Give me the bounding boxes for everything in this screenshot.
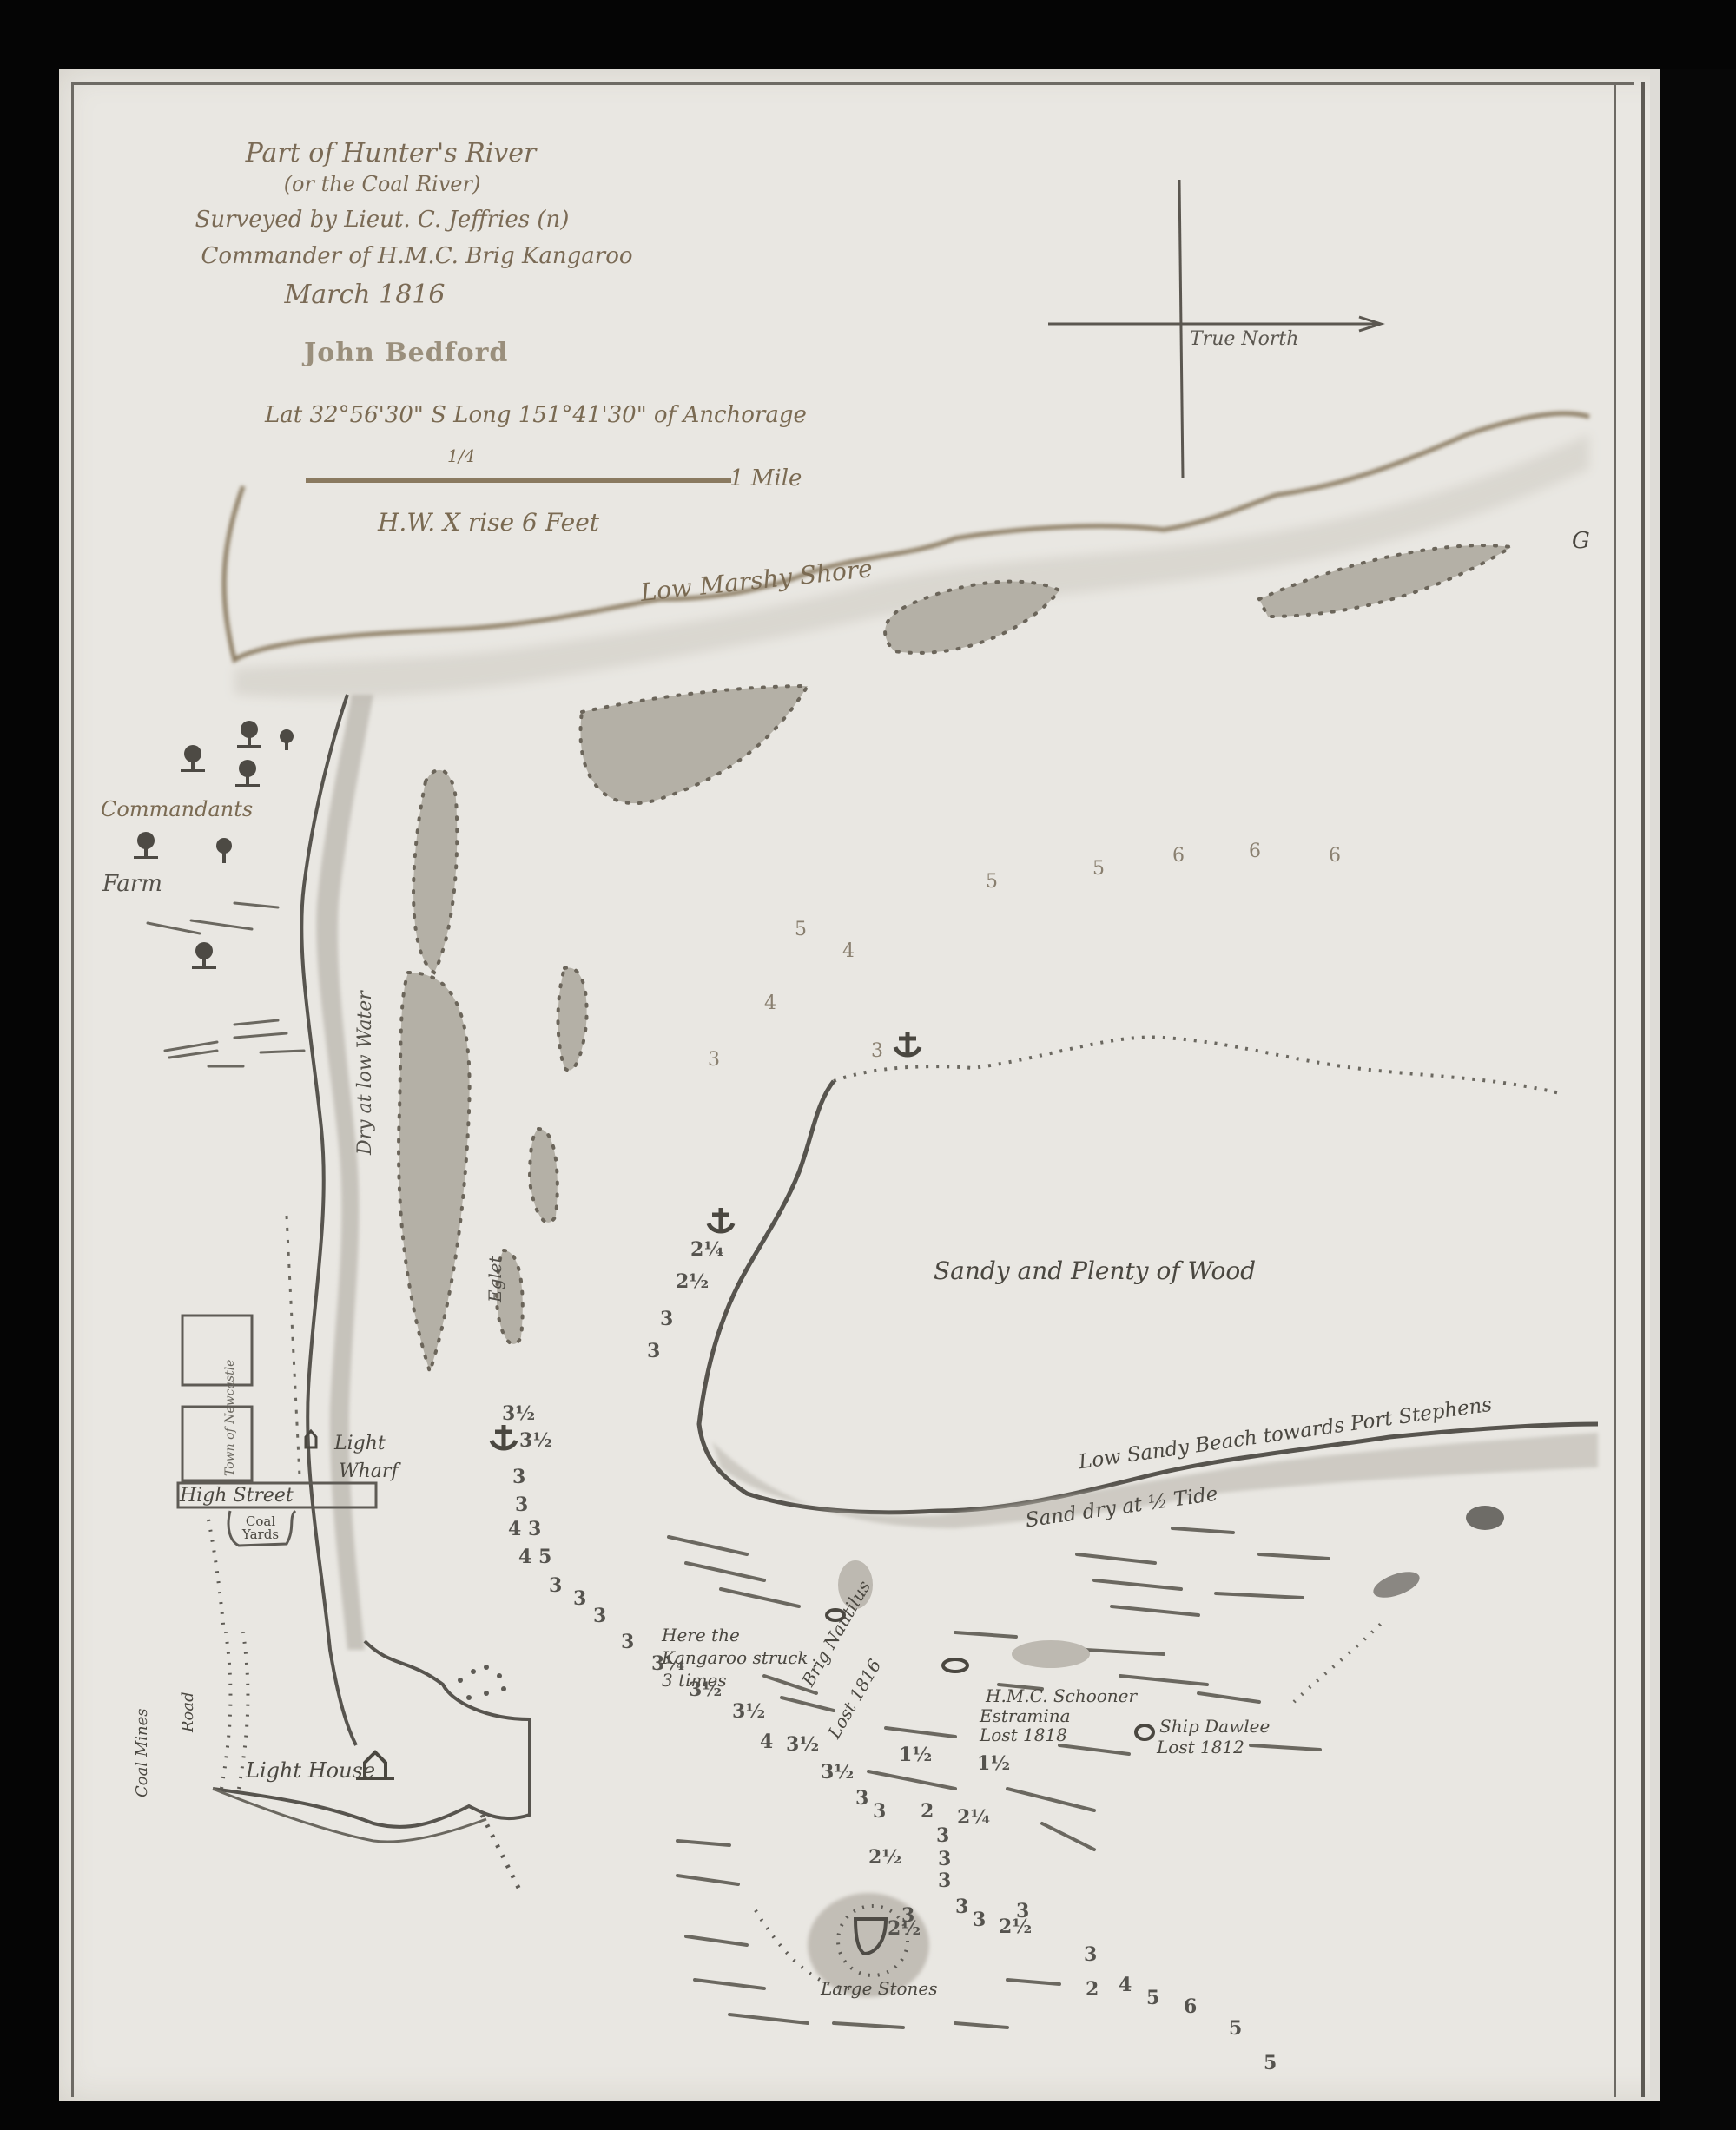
title-line-5: March 1816 [243, 282, 486, 308]
depth-sounding: 3 [938, 1850, 951, 1869]
depth-sounding: 3 [1084, 1945, 1097, 1964]
depth-sounding: 3½ [689, 1680, 722, 1699]
town-block-label: Town of Newcastle [224, 1360, 236, 1476]
coordinates-text: Lat 32°56'30" S Long 151°41'30" of Ancho… [265, 404, 807, 426]
schooner-label: H.M.C. Schooner [986, 1687, 1137, 1705]
depth-sounding: 3 [973, 1910, 986, 1929]
depth-sounding: 4 [760, 1732, 773, 1751]
depth-sounding: 3 [855, 1789, 868, 1808]
depth-sounding: 1½ [899, 1745, 932, 1764]
depth-sounding: 2½ [868, 1848, 901, 1867]
edge-mark-label: G [1572, 530, 1590, 552]
depth-sounding: 3 [708, 1051, 720, 1070]
sandy-wood-label: Sandy and Plenty of Wood [934, 1259, 1256, 1283]
ship-dawlee-lost-label: Lost 1812 [1157, 1738, 1244, 1756]
depth-sounding: 2 [921, 1802, 934, 1821]
depth-sounding: 3½ [821, 1763, 854, 1782]
wharf-label: Wharf [339, 1462, 399, 1481]
depth-sounding: 4 [842, 942, 855, 961]
eglet-label: Eglet [486, 1256, 504, 1302]
depth-sounding: 4 [764, 994, 776, 1013]
scale-bar [306, 478, 731, 483]
depth-sounding: 2¼ [957, 1808, 990, 1827]
tree-icons [134, 721, 294, 969]
depth-sounding: 3 [660, 1309, 673, 1329]
depth-sounding: 3 [873, 1802, 886, 1821]
scale-fraction: 1/4 [447, 447, 475, 465]
dry-at-low-water-label: Dry at low Water [356, 991, 375, 1155]
depth-sounding: 2¼ [690, 1240, 723, 1259]
high-street-label: High Street [180, 1487, 294, 1506]
title-line-1: Part of Hunter's River [208, 141, 573, 167]
depth-sounding: 3 [515, 1495, 528, 1514]
depth-sounding: 5 [1264, 2054, 1277, 2073]
depth-sounding: 5 [1146, 1988, 1159, 2008]
depth-sounding: 3 [936, 1826, 949, 1845]
road-label: Road [181, 1691, 196, 1732]
signature: John Bedford [304, 340, 508, 366]
depth-sounding: 3 [549, 1576, 562, 1595]
depth-sounding: 5 [1229, 2019, 1242, 2038]
kangaroo-struck-label-1: Here the Kangaroo struck 3 times [662, 1624, 818, 1691]
reef-hatching [669, 1528, 1329, 2028]
ship-dawlee-label: Ship Dawlee [1159, 1718, 1270, 1735]
depth-sounding: 3 [938, 1871, 951, 1890]
map-drawing [0, 0, 1736, 2130]
depth-sounding: 3 [621, 1632, 634, 1652]
depth-sounding: 6 [1184, 1997, 1197, 2016]
title-line-2: (or the Coal River) [226, 174, 538, 195]
depth-sounding: 6 [1172, 847, 1185, 866]
depth-sounding: 4 [1119, 1975, 1132, 1995]
depth-sounding: 2½ [676, 1272, 709, 1291]
depth-sounding: 3½ [786, 1735, 819, 1754]
depth-sounding: 4 3 [508, 1520, 541, 1539]
tide-note: H.W. X rise 6 Feet [378, 511, 599, 535]
depth-sounding: 3 [901, 1906, 914, 1925]
farm-label: Farm [102, 873, 162, 895]
depth-sounding: 1½ [977, 1754, 1010, 1773]
coal-mines-label: Coal Mines [135, 1709, 150, 1798]
scale-label: 1 Mile [729, 467, 802, 490]
lighthouse-headland [208, 1520, 530, 1893]
schooner-name-label: Estramina [980, 1707, 1071, 1724]
north-shoreline [224, 413, 1589, 698]
depth-sounding: 5 [986, 873, 998, 892]
coal-yards-label: Coal Yards [239, 1515, 282, 1541]
depth-sounding: 3 [512, 1467, 525, 1487]
depth-sounding: 3 [1016, 1902, 1029, 1921]
true-north-label: True North [1190, 330, 1298, 349]
commandants-label: Commandants [101, 799, 253, 820]
large-stones-label: Large Stones [821, 1980, 938, 1997]
farm-field-lines [148, 903, 304, 1066]
title-line-3: Surveyed by Lieut. C. Jeffries (n) [191, 208, 573, 231]
shoal-blobs [838, 1506, 1504, 1702]
light-label: Light [334, 1434, 386, 1454]
depth-sounding: 3 [955, 1897, 968, 1916]
schooner-lost-label: Lost 1818 [980, 1726, 1067, 1744]
light-house-label: Light House [246, 1760, 375, 1781]
depth-sounding: 5 [1092, 860, 1105, 879]
depth-sounding: 3 [573, 1589, 586, 1608]
depth-sounding: 3½ [502, 1404, 535, 1423]
depth-sounding: 6 [1249, 842, 1261, 861]
depth-sounding: 3½ [519, 1431, 552, 1450]
depth-sounding: 6 [1329, 847, 1341, 866]
depth-sounding: 4 5 [518, 1547, 551, 1566]
depth-sounding: 3 [871, 1042, 883, 1061]
depth-sounding: 3¼ [651, 1654, 684, 1673]
depth-sounding: 3 [647, 1342, 660, 1361]
depth-sounding: 3½ [732, 1702, 765, 1721]
west-shoreline [287, 695, 373, 1745]
depth-sounding: 2 [1086, 1980, 1099, 1999]
depth-sounding: 5 [795, 920, 807, 940]
title-line-4: Commander of H.M.C. Brig Kangaroo [174, 245, 660, 267]
depth-sounding: 3 [593, 1606, 606, 1626]
